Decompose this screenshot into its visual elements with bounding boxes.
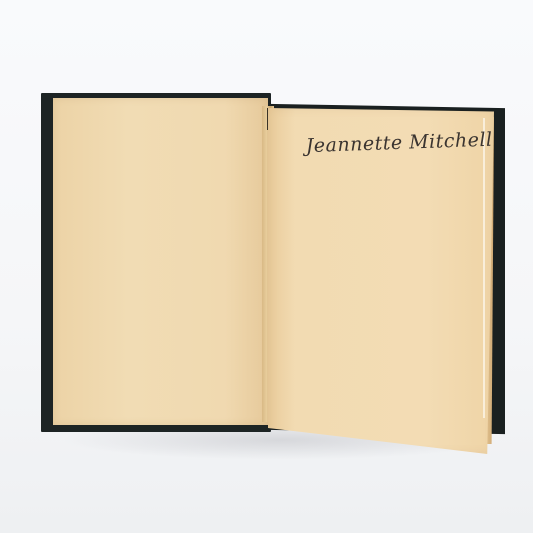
left-pastedown-page <box>53 98 268 425</box>
handwritten-signature: Jeannette Mitchell <box>305 129 486 175</box>
